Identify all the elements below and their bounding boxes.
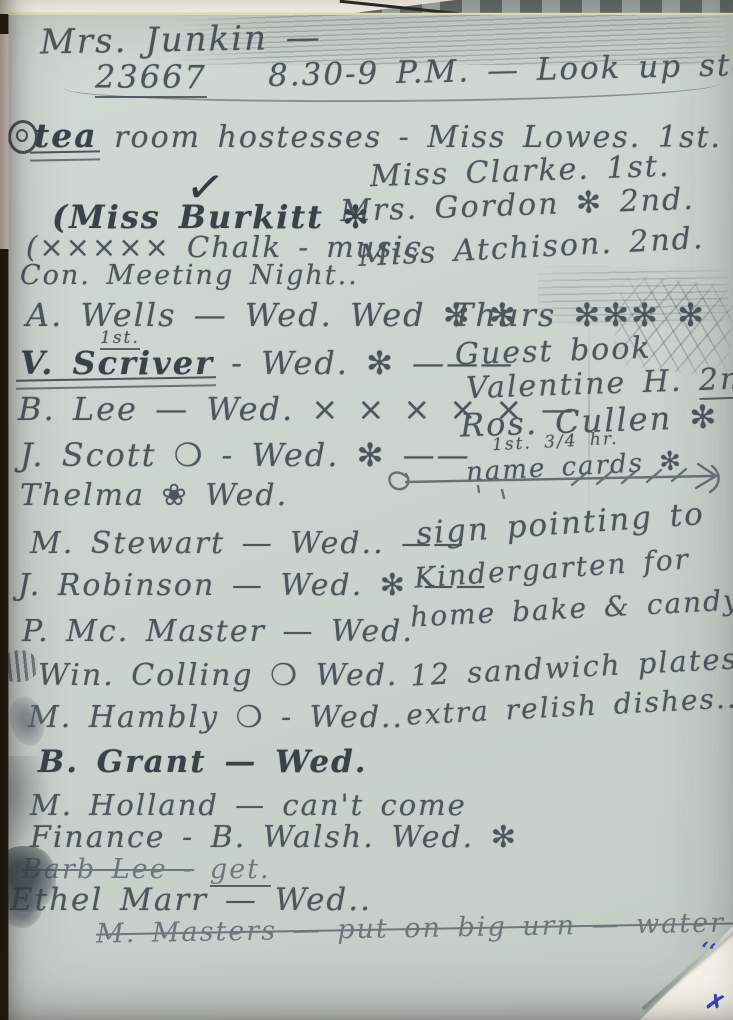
note-paper: Mrs. Junkin — 23667 8.30-9 P.M. — Look u… <box>0 0 733 1020</box>
scriver-name: V. Scriver <box>20 344 214 382</box>
arrow-doodle <box>382 456 727 504</box>
line-chalk-music: (××××× Chalk - music <box>26 230 423 264</box>
line-ethel: Ethel Marr — Wed.. <box>10 882 372 918</box>
valentine-ordinal: 2nd <box>698 361 733 400</box>
line-finance: Finance - B. Walsh. Wed. ✻ <box>30 820 518 855</box>
scanned-note: Mrs. Junkin — 23667 8.30-9 P.M. — Look u… <box>0 0 733 1020</box>
header-number: 23667 <box>95 58 207 98</box>
line-stewart: M. Stewart — Wed.. —— <box>30 526 465 561</box>
header-name: Mrs. Junkin — <box>40 18 322 63</box>
dark-scribble-blob-small <box>2 888 42 928</box>
line-mcmaster: P. Mc. Master — Wed. <box>22 614 414 649</box>
line-barb: Barb Lee - get. <box>22 854 271 885</box>
line-con-meeting: Con. Meeting Night.. <box>20 260 359 291</box>
underlying-pink-paper <box>0 34 9 249</box>
pencil-smudge <box>0 756 48 844</box>
line-grant: B. Grant — Wed. <box>38 744 368 780</box>
tea-word: tea <box>34 116 98 155</box>
tea-line: tea room hostesses - Miss Lowes. 1st. <box>34 116 722 155</box>
line-colling: Win. Colling ❍ Wed. <box>38 658 398 693</box>
line-thelma: Thelma ❀ Wed. <box>20 478 288 513</box>
paper-top-edge <box>8 13 733 15</box>
line-holland: M. Holland — can't come <box>30 788 467 822</box>
line-scriver: V. Scriver - Wed. ✻ ——— <box>20 344 514 382</box>
line-thurs: Thurs ✻✻✻ ✻ <box>452 296 706 334</box>
line-hambly: M. Hambly ❍ - Wed.. <box>28 700 404 735</box>
striped-oval-doodle <box>0 648 40 684</box>
